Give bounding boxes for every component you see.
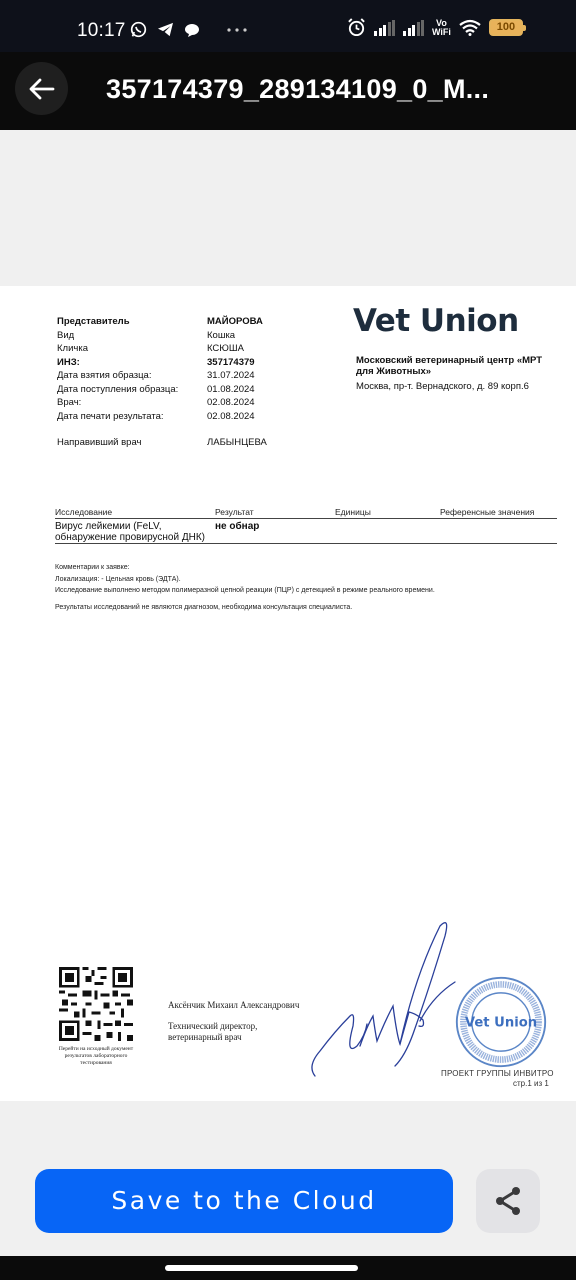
signature-icon bbox=[305, 916, 465, 1086]
whatsapp-icon bbox=[130, 21, 147, 38]
system-icons: VoWiFi 100 bbox=[347, 18, 523, 37]
alarm-icon bbox=[347, 18, 366, 37]
cell-test: Вирус лейкемии (FeLV, обнаружение провир… bbox=[55, 521, 215, 543]
navigation-bar bbox=[0, 1256, 576, 1280]
status-bar: 10:17 VoWiFi 100 bbox=[0, 0, 576, 52]
comments-disclaimer: Результаты исследований не являются диаг… bbox=[55, 602, 435, 614]
app-bar: 357174379_289134109_0_M... bbox=[0, 52, 576, 130]
header-units: Единицы bbox=[335, 507, 440, 517]
vowifi-icon: VoWiFi bbox=[432, 19, 451, 37]
qr-caption: Перейти на исходный документ результатов… bbox=[50, 1046, 142, 1067]
page-number: стр.1 из 1 bbox=[513, 1079, 549, 1088]
back-button[interactable] bbox=[15, 62, 68, 115]
comments: Комментарии к заявке: Локализация: - Цел… bbox=[55, 562, 435, 613]
info-row-doctor: Врач:02.08.2024 bbox=[57, 396, 327, 410]
info-row-sample-date: Дата взятия образца:31.07.2024 bbox=[57, 369, 327, 383]
share-icon bbox=[493, 1185, 523, 1217]
comments-method: Исследование выполнено методом полимераз… bbox=[55, 585, 435, 597]
table-row: Вирус лейкемии (FeLV, обнаружение провир… bbox=[55, 519, 557, 544]
stamp-icon: Vet Union bbox=[454, 975, 548, 1069]
share-button[interactable] bbox=[476, 1169, 540, 1233]
notification-icons bbox=[130, 21, 248, 38]
patient-info: ПредставительМАЙОРОВА ВидКошка КличкаКСЮ… bbox=[57, 315, 327, 450]
header-result: Результат bbox=[215, 507, 335, 517]
document-page: ПредставительМАЙОРОВА ВидКошка КличкаКСЮ… bbox=[0, 286, 576, 1101]
telegram-icon bbox=[157, 22, 174, 37]
info-row-name: КличкаКСЮША bbox=[57, 342, 327, 356]
document-title: 357174379_289134109_0_M... bbox=[106, 74, 489, 105]
save-to-cloud-button[interactable]: Save to the Cloud bbox=[35, 1169, 453, 1233]
vet-union-logo: Vet Union bbox=[353, 303, 519, 339]
status-time: 10:17 bbox=[77, 20, 126, 42]
signal-icon bbox=[403, 20, 424, 36]
comments-localization: Локализация: - Цельная кровь (ЭДТА). bbox=[55, 574, 435, 586]
home-indicator[interactable] bbox=[165, 1265, 358, 1271]
cell-reference bbox=[440, 521, 557, 543]
results-table: Исследование Результат Единицы Референсн… bbox=[55, 507, 557, 544]
signal-icon bbox=[374, 20, 395, 36]
chat-bubble-icon bbox=[184, 23, 200, 37]
info-row-species: ВидКошка bbox=[57, 329, 327, 343]
svg-text:Vet Union: Vet Union bbox=[465, 1016, 537, 1031]
info-row-print-date: Дата печати результата:02.08.2024 bbox=[57, 410, 327, 424]
header-test: Исследование bbox=[55, 507, 215, 517]
qr-code-icon[interactable] bbox=[59, 967, 133, 1041]
info-row-referring-doctor: Направивший врачЛАБЫНЦЕВА bbox=[57, 436, 327, 450]
battery-icon: 100 bbox=[489, 19, 523, 36]
more-dots-icon bbox=[226, 27, 248, 33]
wifi-icon bbox=[459, 19, 481, 36]
lab-name: Московский ветеринарный центр «МРТ для Ж… bbox=[356, 355, 556, 377]
cell-units bbox=[335, 521, 440, 543]
info-row-received-date: Дата поступления образца:01.08.2024 bbox=[57, 383, 327, 397]
document-viewer[interactable]: ПредставительМАЙОРОВА ВидКошка КличкаКСЮ… bbox=[0, 130, 576, 1156]
arrow-left-icon bbox=[29, 78, 55, 100]
project-label: ПРОЕКТ ГРУППЫ ИНВИТРО bbox=[441, 1069, 554, 1078]
cell-result: не обнар bbox=[215, 521, 335, 543]
signer-name: Аксёнчик Михаил Александрович bbox=[168, 1000, 299, 1010]
info-row-representative: ПредставительМАЙОРОВА bbox=[57, 315, 327, 329]
comments-title: Комментарии к заявке: bbox=[55, 562, 435, 574]
results-header: Исследование Результат Единицы Референсн… bbox=[55, 507, 557, 519]
signer-title: Технический директор, ветеринарный врач bbox=[168, 1021, 278, 1043]
header-reference: Референсные значения bbox=[440, 507, 557, 517]
lab-address: Москва, пр-т. Вернадского, д. 89 корп.6 bbox=[356, 381, 529, 392]
info-row-order-id: ИНЗ:357174379 bbox=[57, 356, 327, 370]
